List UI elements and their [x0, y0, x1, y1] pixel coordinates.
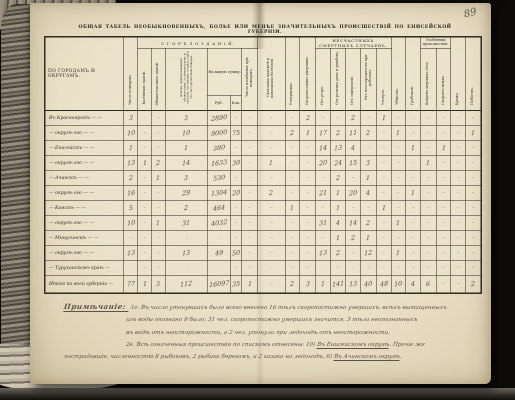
- table-cell: 1: [391, 216, 406, 231]
- table-cell: –: [451, 246, 466, 261]
- table-cell: –: [391, 141, 406, 156]
- table-cell: –: [258, 216, 285, 231]
- table-cell: –: [152, 246, 166, 261]
- table-cell: 1: [138, 276, 152, 293]
- table-cell: –: [300, 186, 316, 201]
- table-row: — Туруханскомъ краѣ —·––··––·––·–·––––––…: [46, 261, 481, 276]
- table-cell: –: [436, 231, 451, 246]
- table-row: — Ачинскѣ — —2–13530––––––2–1–––––––: [46, 171, 481, 186]
- table-cell: 14: [346, 216, 361, 231]
- table-cell: –: [466, 201, 481, 216]
- table-cell: –: [391, 231, 406, 246]
- table-cell: –: [406, 231, 421, 246]
- table-cell: 1: [421, 156, 437, 171]
- table-cell: 2: [300, 111, 316, 126]
- table-cell: 1: [330, 201, 346, 216]
- table-cell: –: [230, 216, 242, 231]
- table-cell: –: [230, 261, 242, 276]
- table-cell: 1304: [207, 186, 230, 201]
- table-cell: 20: [230, 186, 242, 201]
- table-cell: –: [466, 111, 481, 126]
- table-cell: –: [436, 156, 451, 171]
- statistics-table-wrapper: ПО ГОРОДАМЪ И ОКРУГАМЪ.Число пожаровъ.С …: [44, 36, 482, 294]
- table-cell: –: [376, 141, 391, 156]
- table-cell: –: [285, 156, 300, 171]
- table-cell: –: [451, 261, 466, 276]
- table-cell: 1: [300, 126, 316, 141]
- group-header-fires: С Г О Р Ѣ Л О З Д А Н І Й.: [138, 38, 258, 49]
- column-header: Отъ замерзанія.: [346, 49, 361, 111]
- table-cell: –: [242, 201, 258, 216]
- table-cell: –: [285, 231, 300, 246]
- table-cell: 14: [315, 141, 330, 156]
- table-row: — Канскѣ — —5––2464–––1––1––1––––––: [46, 201, 481, 216]
- column-header: Домовъ, принадлежащихъ обывателямъ, съ и…: [165, 49, 207, 111]
- table-cell: –: [466, 171, 481, 186]
- table-cell: ·: [346, 261, 361, 276]
- table-cell: –: [315, 111, 330, 126]
- table-cell: –: [436, 201, 451, 216]
- table-cell: –: [361, 261, 377, 276]
- table-cell: –: [300, 231, 316, 246]
- table-cell: –: [451, 201, 466, 216]
- table-cell: –: [138, 171, 152, 186]
- table-cell: 10: [123, 216, 138, 231]
- total-label: Итого по всей губерніи —: [46, 276, 124, 293]
- table-cell: –: [300, 246, 316, 261]
- table-cell: –: [152, 111, 166, 126]
- table-cell: 13: [315, 246, 330, 261]
- table-cell: 49: [207, 246, 230, 261]
- table-cell: –: [285, 261, 300, 276]
- table-cell: –: [258, 141, 285, 156]
- table-cell: –: [421, 111, 437, 126]
- table-cell: –: [451, 141, 466, 156]
- table-cell: 1: [165, 141, 207, 156]
- table-cell: –: [436, 216, 451, 231]
- table-cell: 75: [230, 126, 242, 141]
- table-cell: –: [152, 126, 166, 141]
- table-cell: –: [346, 201, 361, 216]
- row-label: — округѣ его — —: [46, 126, 124, 141]
- handwritten-page-number: 89: [463, 7, 478, 21]
- rubles-header: Руб.: [207, 95, 230, 110]
- table-cell: 13: [123, 156, 138, 171]
- table-cell: ·: [165, 261, 207, 276]
- table-cell: –: [242, 141, 258, 156]
- table-cell: –: [406, 261, 421, 276]
- table-cell: –: [436, 246, 451, 261]
- table-cell: 3: [165, 111, 207, 126]
- note-text: Въ Енисейскомъ округѣ: [316, 342, 389, 349]
- table-cell: 10: [391, 276, 406, 293]
- book-page: 89 ОБЩАЯ ТАБЕЛЬ НЕОБЫКНОВЕННЫХЪ, БОЛѢЕ И…: [30, 3, 491, 384]
- table-cell: 1: [361, 231, 377, 246]
- table-cell: 1: [258, 156, 285, 171]
- table-row: — Енисейскѣ — —1––1380–––––14134–––1–1––: [46, 141, 481, 156]
- table-cell: 4: [406, 276, 421, 293]
- table-cell: 3: [123, 111, 138, 126]
- table-cell: –: [436, 186, 451, 201]
- note-line: 2е. Всѣ означенныя происшествія по списк…: [63, 339, 483, 351]
- table-cell: 21: [315, 186, 330, 201]
- table-cell: 1: [406, 186, 421, 201]
- table-cell: 13: [346, 276, 361, 293]
- table-cell: –: [421, 231, 437, 246]
- table-cell: 380: [207, 141, 230, 156]
- table-cell: 3: [361, 156, 377, 171]
- table-cell: –: [152, 141, 166, 156]
- table-cell: –: [436, 276, 451, 293]
- table-row: — Минусинскѣ — —–––··––––––121–––––––: [46, 231, 481, 246]
- table-cell: 2: [330, 126, 346, 141]
- table-cell: –: [138, 141, 152, 156]
- table-cell: 2: [330, 246, 346, 261]
- table-cell: 2: [285, 276, 300, 293]
- table-cell: –: [376, 246, 391, 261]
- table-cell: –: [242, 156, 258, 171]
- table-cell: 16097: [207, 276, 230, 293]
- table-cell: –: [258, 276, 285, 293]
- column-header: Убійствъ.: [391, 38, 406, 111]
- table-cell: 530: [207, 171, 230, 186]
- table-cell: –: [406, 201, 421, 216]
- table-cell: 16: [123, 186, 138, 201]
- table-cell: –: [406, 246, 421, 261]
- table-cell: –: [466, 231, 481, 246]
- table-cell: 2: [285, 126, 300, 141]
- table-cell: 4: [346, 141, 361, 156]
- table-cell: 17: [315, 126, 330, 141]
- table-cell: –: [242, 216, 258, 231]
- table-cell: –: [451, 126, 466, 141]
- note-text: въ водѣ отъ неосторожности, а 2 чел. уто…: [126, 330, 391, 336]
- column-header: Кражъ.: [451, 38, 466, 111]
- table-cell: 10: [165, 126, 207, 141]
- table-cell: 30: [230, 156, 242, 171]
- table-cell: 1: [138, 156, 152, 171]
- table-cell: 35: [230, 276, 242, 293]
- table-cell: –: [466, 261, 481, 276]
- table-cell: –: [242, 261, 258, 276]
- column-header: Скотскихъ падежей и повальныхъ болѣзней.: [258, 38, 285, 111]
- note-text: 2е. Всѣ означенныя происшествія по списк…: [126, 342, 318, 348]
- table-cell: 1: [242, 276, 258, 293]
- table-cell: –: [466, 246, 481, 261]
- table-cell: 24: [330, 156, 346, 171]
- table-cell: 2: [346, 111, 361, 126]
- table-cell: –: [361, 111, 377, 126]
- table-cell: –: [451, 276, 466, 293]
- note-text: Въ Ачинскомъ округѣ: [333, 354, 400, 361]
- table-cell: 1: [436, 141, 451, 156]
- group-header-special: Особенныя происшествія.: [421, 38, 451, 49]
- table-cell: 2890: [207, 111, 230, 126]
- row-label: — Минусинскѣ — —: [46, 231, 124, 246]
- table-cell: –: [258, 126, 285, 141]
- table-cell: –: [300, 171, 316, 186]
- table-cell: –: [391, 171, 406, 186]
- table-cell: ·: [315, 261, 330, 276]
- table-cell: –: [285, 171, 300, 186]
- table-cell: 3: [300, 276, 316, 293]
- row-label: — округѣ его — —: [46, 156, 124, 171]
- row-label: — Канскѣ — —: [46, 201, 124, 216]
- table-cell: –: [346, 171, 361, 186]
- table-cell: 1: [406, 141, 421, 156]
- table-cell: ·: [165, 231, 207, 246]
- table-cell: –: [376, 156, 391, 171]
- table-cell: –: [152, 231, 166, 246]
- table-cell: –: [451, 111, 466, 126]
- table-cell: –: [451, 171, 466, 186]
- table-cell: 48: [376, 276, 391, 293]
- table-cell: –: [466, 156, 481, 171]
- column-header: Отъ угара.: [315, 49, 330, 111]
- table-cell: –: [330, 111, 346, 126]
- table-cell: –: [406, 126, 421, 141]
- column-header: Обывательскихъ зданій.: [152, 49, 166, 111]
- table-cell: –: [376, 216, 391, 231]
- table-cell: 1: [330, 186, 346, 201]
- table-cell: 13: [330, 141, 346, 156]
- table-cell: –: [242, 231, 258, 246]
- table-cell: –: [315, 171, 330, 186]
- table-cell: –: [230, 141, 242, 156]
- table-cell: –: [285, 111, 300, 126]
- table-cell: 20: [315, 156, 330, 171]
- table-cell: –: [421, 126, 437, 141]
- table-cell: –: [300, 141, 316, 156]
- table-cell: –: [466, 216, 481, 231]
- table-cell: –: [300, 261, 316, 276]
- total-row: Итого по всей губерніи —771311216097351–…: [46, 276, 481, 293]
- table-cell: –: [242, 246, 258, 261]
- table-cell: 2: [152, 156, 166, 171]
- table-cell: 2: [466, 276, 481, 293]
- column-header: Утонувшихъ.: [285, 38, 300, 111]
- table-cell: ·: [207, 261, 230, 276]
- table-cell: 2: [361, 126, 377, 141]
- table-cell: –: [138, 216, 152, 231]
- note-line: изъ воды опознано 9 было; 31 чел. скороп…: [63, 314, 483, 326]
- table-cell: –: [138, 261, 152, 276]
- table-cell: –: [421, 261, 437, 276]
- table-cell: 464: [207, 201, 230, 216]
- scanned-book-photo: 89 ОБЩАЯ ТАБЕЛЬ НЕОБЫКНОВЕННЫХЪ, БОЛѢЕ И…: [0, 0, 515, 400]
- table-cell: –: [285, 186, 300, 201]
- note-line: въ водѣ отъ неосторожности, а 2 чел. уто…: [63, 327, 483, 339]
- table-cell: –: [230, 231, 242, 246]
- table-cell: 40: [361, 276, 377, 293]
- table-cell: ·: [258, 261, 285, 276]
- table-cell: 1: [315, 276, 330, 293]
- table-cell: 2: [123, 171, 138, 186]
- table-cell: 3: [152, 276, 166, 293]
- table-row: — округѣ его — —131214163330–1––2024153–…: [46, 156, 481, 171]
- table-cell: 2: [361, 216, 377, 231]
- table-cell: –: [436, 261, 451, 276]
- table-cell: –: [285, 246, 300, 261]
- table-cell: ·: [123, 261, 138, 276]
- table-cell: –: [421, 171, 437, 186]
- table-cell: –: [285, 141, 300, 156]
- table-cell: 31: [165, 216, 207, 231]
- table-cell: –: [436, 126, 451, 141]
- table-cell: –: [406, 216, 421, 231]
- table-cell: –: [242, 186, 258, 201]
- table-cell: –: [242, 126, 258, 141]
- table-row: — округѣ его — —10––10900075––21172112–1…: [46, 126, 481, 141]
- note-heading: Примѣчаніе:: [63, 302, 129, 312]
- table-cell: –: [346, 246, 361, 261]
- table-cell: –: [376, 186, 391, 201]
- row-label: Въ Красноярскѣ — —: [46, 111, 124, 126]
- column-header: Число пожаровъ.: [123, 38, 138, 111]
- table-cell: 1: [123, 141, 138, 156]
- corner-header: ПО ГОРОДАМЪ И ОКРУГАМЪ.: [46, 38, 124, 111]
- table-cell: –: [285, 216, 300, 231]
- row-label: — Енисейскѣ — —: [46, 141, 124, 156]
- row-label: — округѣ его — —: [46, 186, 124, 201]
- table-cell: –: [421, 186, 437, 201]
- table-row: — округѣ его — —16––29130420–2––211204––…: [46, 186, 481, 201]
- table-cell: –: [451, 186, 466, 201]
- statistics-table: ПО ГОРОДАМЪ И ОКРУГАМЪ.Число пожаровъ.С …: [45, 37, 481, 293]
- table-cell: –: [391, 201, 406, 216]
- table-cell: 11: [346, 126, 361, 141]
- column-header: Казенныхъ зданій.: [138, 49, 152, 111]
- table-cell: –: [315, 231, 330, 246]
- table-cell: –: [138, 126, 152, 141]
- table-cell: –: [391, 111, 406, 126]
- column-header: Отъ неосторожности при работахъ.: [361, 49, 377, 111]
- table-cell: –: [123, 231, 138, 246]
- table-cell: –: [361, 201, 377, 216]
- table-cell: ·: [207, 231, 230, 246]
- row-label: — округѣ его — —: [46, 246, 124, 261]
- table-cell: –: [451, 231, 466, 246]
- table-cell: –: [406, 171, 421, 186]
- money-header: На какую сумму.: [207, 49, 242, 96]
- table-cell: –: [421, 201, 437, 216]
- table-cell: –: [406, 156, 421, 171]
- table-cell: –: [138, 231, 152, 246]
- table-cell: –: [230, 171, 242, 186]
- table-cell: –: [242, 171, 258, 186]
- column-header: Найдено мертвыхъ тѣлъ.: [421, 49, 437, 111]
- table-cell: –: [330, 261, 346, 276]
- table-cell: 2: [330, 171, 346, 186]
- table-cell: 6: [421, 276, 437, 293]
- table-cell: 14: [165, 156, 207, 171]
- column-header: Побѣговъ.: [466, 38, 481, 111]
- book-bottom-edge: [0, 388, 515, 400]
- table-cell: 141: [330, 276, 346, 293]
- table-cell: 13: [165, 246, 207, 261]
- table-cell: 20: [346, 186, 361, 201]
- table-cell: –: [466, 141, 481, 156]
- table-row: — округѣ его — —10–1314032–––––314142–1–…: [46, 216, 481, 231]
- table-cell: –: [451, 156, 466, 171]
- table-cell: –: [315, 201, 330, 216]
- table-row: Въ Красноярскѣ — —3·–32890––––2––2–1–·––…: [46, 111, 481, 126]
- column-header: Утонуло.: [376, 49, 391, 111]
- note-text: пострадавшіе, численностію 8 рыбаковъ, 2…: [64, 354, 335, 360]
- table-cell: –: [436, 171, 451, 186]
- table-cell: –: [391, 261, 406, 276]
- table-cell: 1: [376, 201, 391, 216]
- table-cell: –: [451, 216, 466, 231]
- table-cell: 77: [123, 276, 138, 293]
- table-cell: 1: [330, 231, 346, 246]
- table-cell: –: [258, 201, 285, 216]
- table-cell: 1633: [207, 156, 230, 171]
- table-cell: 9000: [207, 126, 230, 141]
- table-cell: 4032: [207, 216, 230, 231]
- table-cell: 1: [391, 126, 406, 141]
- column-header: Скоропостижно.: [436, 49, 451, 111]
- table-cell: –: [258, 171, 285, 186]
- table-cell: 15: [346, 156, 361, 171]
- column-header: Отъ разныхъ ранъ и ушибовъ.: [330, 49, 346, 111]
- row-label: — Туруханскомъ краѣ —: [46, 261, 124, 276]
- table-cell: 112: [165, 276, 207, 293]
- table-cell: –: [376, 261, 391, 276]
- table-cell: 1: [466, 126, 481, 141]
- table-cell: –: [421, 246, 437, 261]
- column-header: Скоропостижно умершихъ.: [300, 38, 316, 111]
- column-header: Число погибшихъ при пожарахъ.: [242, 49, 258, 111]
- kopecks-header: Коп.: [230, 95, 242, 110]
- note-text: изъ воды опознано 9 было; 31 чел. скороп…: [126, 317, 418, 323]
- table-cell: 5: [123, 201, 138, 216]
- table-cell: 1: [152, 171, 166, 186]
- table-cell: –: [466, 186, 481, 201]
- table-cell: 4: [330, 216, 346, 231]
- table-cell: –: [138, 246, 152, 261]
- table-cell: 50: [230, 246, 242, 261]
- table-cell: 4: [361, 186, 377, 201]
- table-cell: –: [421, 216, 437, 231]
- table-cell: –: [361, 141, 377, 156]
- table-cell: 2: [346, 231, 361, 246]
- note-text: . Прочіе же: [389, 342, 425, 348]
- table-cell: 1: [361, 171, 377, 186]
- table-cell: –: [152, 201, 166, 216]
- table-cell: –: [138, 186, 152, 201]
- note-text: 1е. Въ число утонувшихъ было всего внесе…: [128, 305, 447, 311]
- table-cell: ·: [406, 111, 421, 126]
- table-cell: –: [258, 246, 285, 261]
- table-cell: 2: [165, 201, 207, 216]
- row-label: — округѣ его — —: [46, 216, 124, 231]
- row-label: — Ачинскѣ — —: [46, 171, 124, 186]
- table-cell: –: [230, 201, 242, 216]
- table-cell: –: [391, 186, 406, 201]
- table-cell: –: [376, 126, 391, 141]
- note-line: пострадавшіе, численностію 8 рыбаковъ, 2…: [63, 351, 483, 363]
- table-cell: –: [391, 156, 406, 171]
- table-cell: 2: [258, 186, 285, 201]
- table-cell: –: [421, 141, 437, 156]
- table-cell: 31: [315, 216, 330, 231]
- table-cell: 1: [376, 111, 391, 126]
- table-cell: 12: [361, 246, 377, 261]
- note-text: .: [399, 354, 402, 360]
- table-cell: 1: [391, 246, 406, 261]
- table-cell: –: [376, 231, 391, 246]
